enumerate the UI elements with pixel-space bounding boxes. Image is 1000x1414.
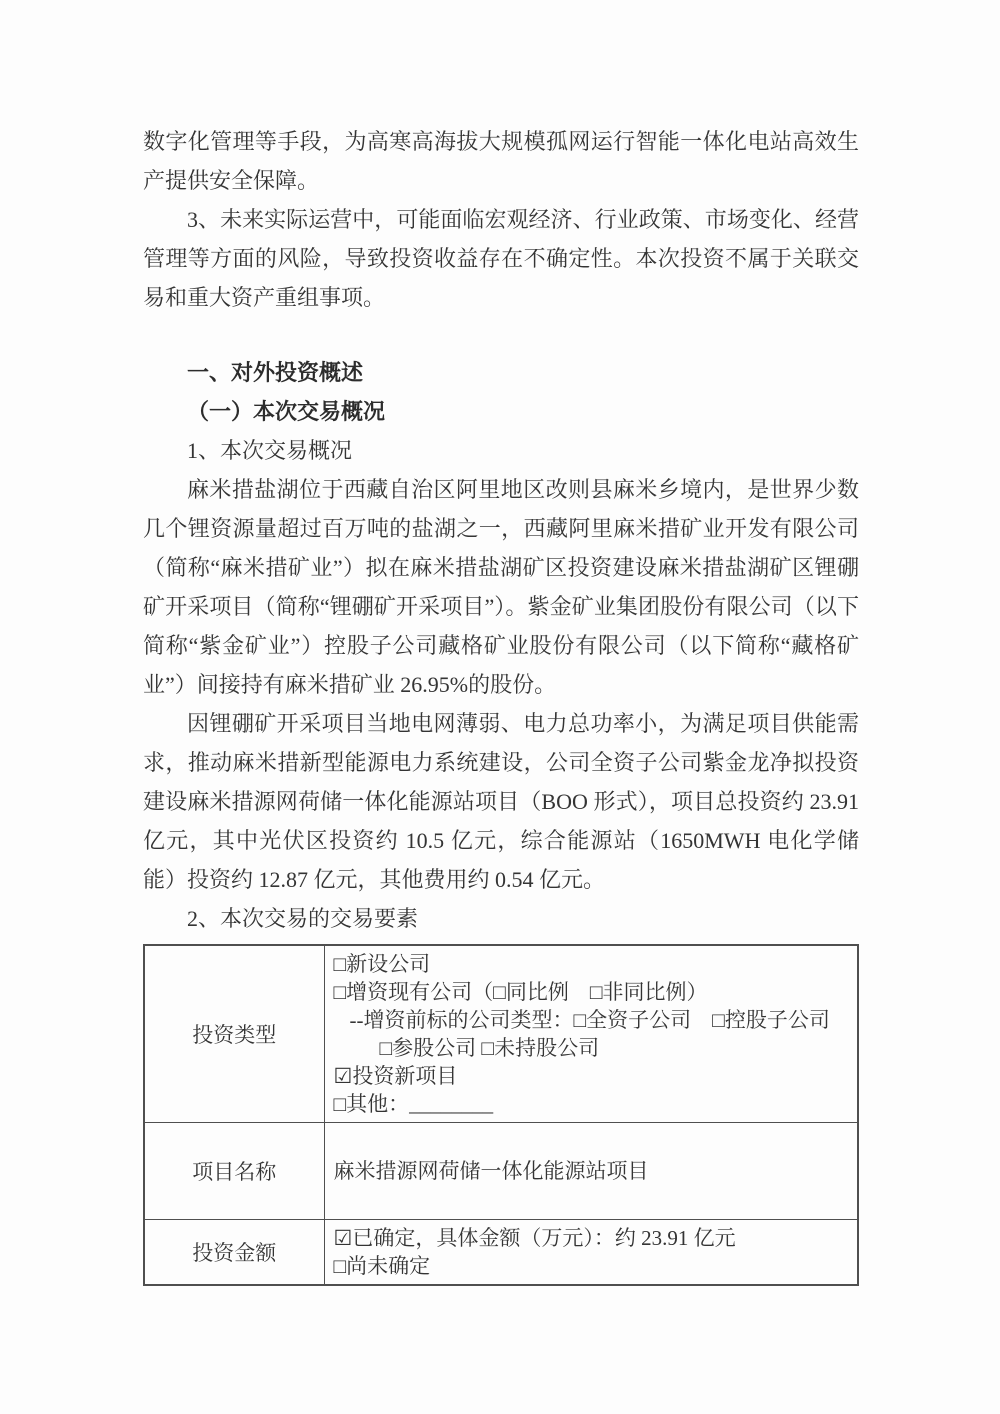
- option-other: □其他：________: [334, 1090, 850, 1118]
- item-transaction-elements: 2、本次交易的交易要素: [143, 899, 859, 938]
- transaction-elements-table: 投资类型 □新设公司 □增资现有公司（□同比例 □非同比例） --增资前标的公司…: [143, 944, 859, 1286]
- heading-transaction-overview: （一）本次交易概况: [143, 392, 859, 431]
- investment-amount-cell: ☑已确定，具体金额（万元）：约 23.91 亿元 □尚未确定: [324, 1220, 858, 1286]
- document-content: 数字化管理等手段，为高寒高海拔大规模孤网运行智能一体化电站高效生产提供安全保障。…: [143, 122, 859, 1286]
- amount-not-confirmed: □尚未确定: [334, 1252, 850, 1280]
- table-row-investment-amount: 投资金额 ☑已确定，具体金额（万元）：约 23.91 亿元 □尚未确定: [144, 1220, 858, 1286]
- paragraph-investment-plan: 因锂硼矿开采项目当地电网薄弱、电力总功率小，为满足项目供能需求，推动麻米措新型能…: [143, 704, 859, 899]
- project-name-value: 麻米措源网荷储一体化能源站项目: [334, 1157, 850, 1185]
- amount-confirmed-checked: ☑已确定，具体金额（万元）：约 23.91 亿元: [334, 1224, 850, 1252]
- option-new-project-checked: ☑投资新项目: [334, 1062, 850, 1090]
- table-row-project-name: 项目名称 麻米措源网荷储一体化能源站项目: [144, 1123, 858, 1220]
- item-transaction-overview: 1、本次交易概况: [143, 431, 859, 470]
- paragraph-risk-statement: 3、未来实际运营中，可能面临宏观经济、行业政策、市场变化、经营管理等方面的风险，…: [143, 200, 859, 317]
- paragraph-salt-lake-background: 麻米措盐湖位于西藏自治区阿里地区改则县麻米乡境内，是世界少数几个锂资源量超过百万…: [143, 470, 859, 704]
- project-name-cell: 麻米措源网荷储一体化能源站项目: [324, 1123, 858, 1220]
- paragraph-continuation: 数字化管理等手段，为高寒高海拔大规模孤网运行智能一体化电站高效生产提供安全保障。: [143, 122, 859, 200]
- row-label-project-name: 项目名称: [144, 1123, 324, 1220]
- document-page: 数字化管理等手段，为高寒高海拔大规模孤网运行智能一体化电站高效生产提供安全保障。…: [0, 0, 1000, 1414]
- investment-type-options-cell: □新设公司 □增资现有公司（□同比例 □非同比例） --增资前标的公司类型：□全…: [324, 945, 858, 1123]
- option-capital-increase: □增资现有公司（□同比例 □非同比例）: [334, 978, 850, 1006]
- row-label-investment-type: 投资类型: [144, 945, 324, 1123]
- option-new-company: □新设公司: [334, 950, 850, 978]
- option-target-company-type-continued: □参股公司 □未持股公司: [334, 1034, 850, 1062]
- option-target-company-type: --增资前标的公司类型：□全资子公司 □控股子公司: [334, 1006, 850, 1034]
- row-label-investment-amount: 投资金额: [144, 1220, 324, 1286]
- heading-outbound-investment-overview: 一、对外投资概述: [143, 353, 859, 392]
- table-row-investment-type: 投资类型 □新设公司 □增资现有公司（□同比例 □非同比例） --增资前标的公司…: [144, 945, 858, 1123]
